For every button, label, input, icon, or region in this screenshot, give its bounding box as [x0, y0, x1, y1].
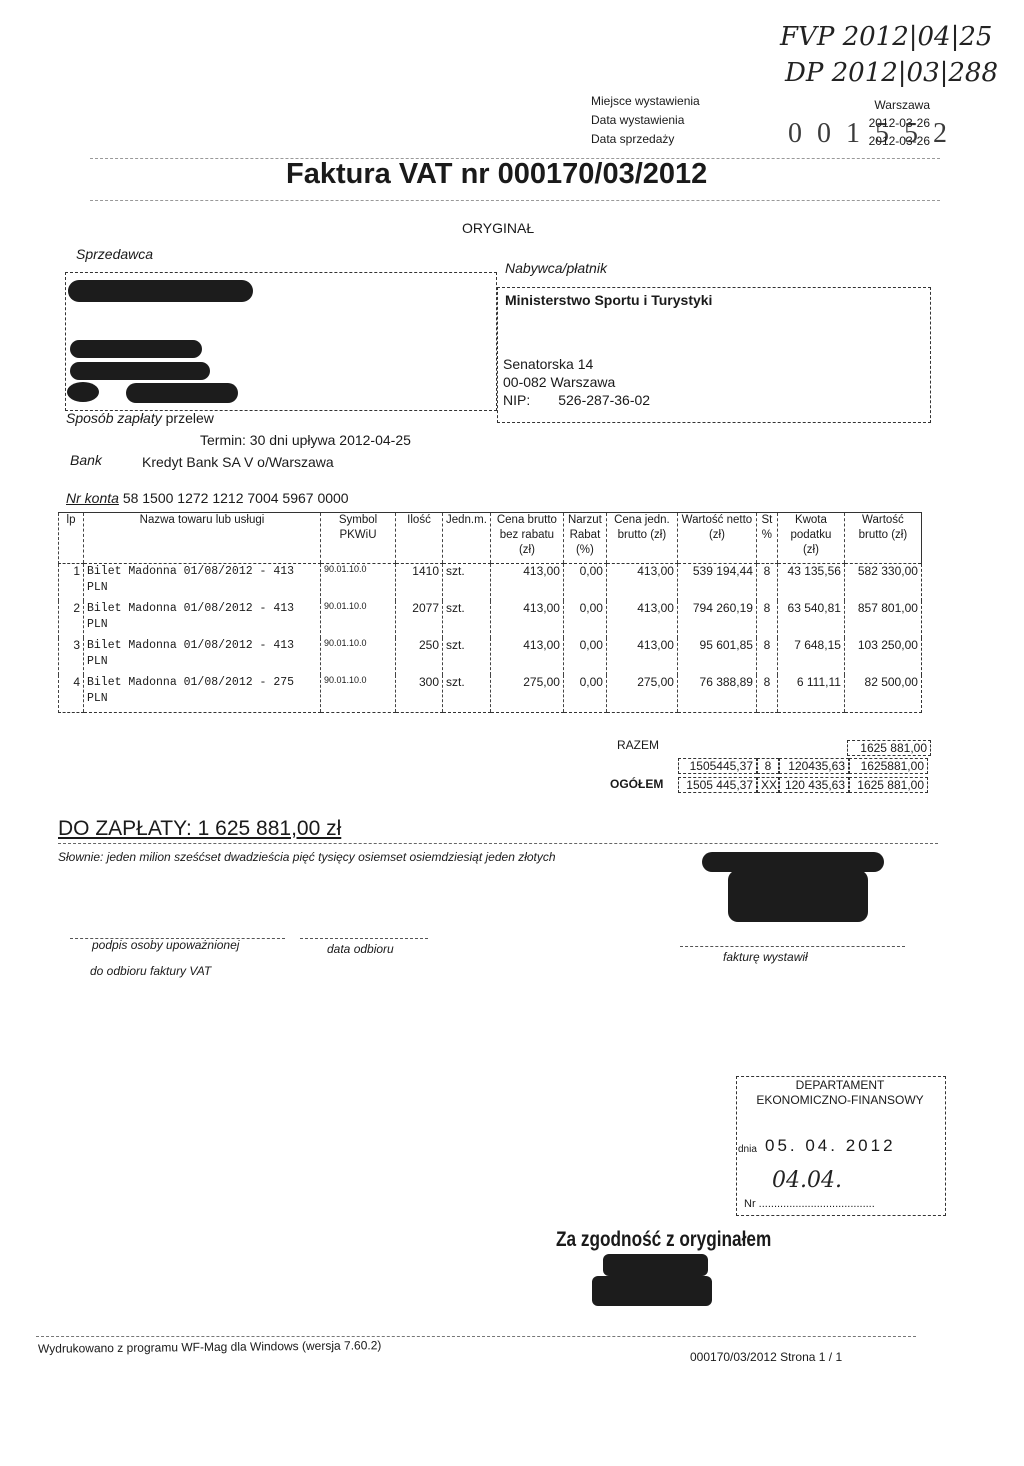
certification-stamp: Za zgodność z oryginałem — [556, 1228, 771, 1252]
certification-signature-redacted — [603, 1254, 708, 1276]
receipt-date-label: data odbioru — [327, 942, 394, 956]
stamp-date: 05. 04. 2012 — [765, 1136, 896, 1156]
payment-method-label: Sposób zapłaty — [66, 410, 162, 426]
rate-gross: 1625881,00 — [849, 758, 928, 774]
stamp-line2: EKONOMICZNO-FINANSOWY — [736, 1093, 944, 1108]
payment-method: przelew — [166, 410, 214, 426]
razem-label: RAZEM — [617, 738, 659, 752]
table-row: 4Bilet Madonna 01/08/2012 - 275 PLN90.01… — [59, 675, 922, 713]
bank-label: Bank — [70, 452, 102, 468]
table-row: 1Bilet Madonna 01/08/2012 - 413 PLN90.01… — [59, 564, 922, 602]
cell-lp: 2 — [59, 601, 84, 638]
col-vat: Kwota podatku (zł) — [777, 513, 844, 564]
footer-page-info: 000170/03/2012 Strona 1 / 1 — [690, 1350, 842, 1364]
footer-printed-by: Wydrukowano z programu WF-Mag dla Window… — [38, 1338, 381, 1356]
cell-price-gross-no-disc: 413,00 — [490, 638, 563, 675]
buyer-city: 00-082 Warszawa — [503, 373, 650, 391]
receiver-signature-label-2: do odbioru faktury VAT — [90, 964, 211, 978]
label-issue-date: Data wystawienia — [591, 111, 700, 130]
stamp-handwritten-date: 04.04. — [772, 1168, 842, 1193]
label-sale-date: Data sprzedaży — [591, 130, 700, 149]
amount-due: DO ZAPŁATY: 1 625 881,00 zł — [58, 817, 341, 841]
value-issue-date: 2012-03-26 — [860, 114, 930, 132]
account-row: Nr konta 58 1500 1272 1212 7004 5967 000… — [66, 490, 349, 506]
table-header-row: lp Nazwa towaru lub usługi Symbol PKWiU … — [59, 513, 922, 564]
cell-gross: 582 330,00 — [844, 564, 921, 602]
seller-nip-redacted — [126, 383, 238, 403]
cell-discount: 0,00 — [563, 638, 606, 675]
cell-price-gross-no-disc: 413,00 — [490, 601, 563, 638]
buyer-street: Senatorska 14 — [503, 355, 650, 373]
cell-vat: 43 135,56 — [777, 564, 844, 602]
cell-price-gross-no-disc: 275,00 — [490, 675, 563, 713]
cell-gross: 103 250,00 — [844, 638, 921, 675]
value-sale-date: 2012-03-26 — [860, 132, 930, 150]
issuer-signature-label: fakturę wystawił — [723, 950, 808, 964]
cell-vat-rate: 8 — [756, 638, 777, 675]
cell-lp: 1 — [59, 564, 84, 602]
buyer-address: Senatorska 14 00-082 Warszawa NIP:526-28… — [503, 355, 650, 409]
cell-unit: szt. — [443, 638, 491, 675]
cell-gross: 82 500,00 — [844, 675, 921, 713]
handwritten-fvp-note: FVP 2012|04|25 — [780, 22, 992, 52]
cell-lp: 3 — [59, 638, 84, 675]
cell-name: Bilet Madonna 01/08/2012 - 413 PLN — [84, 601, 321, 638]
header-labels: Miejsce wystawienia Data wystawienia Dat… — [591, 92, 700, 149]
cell-pkwiu: 90.01.10.0 — [321, 564, 396, 602]
issuer-signature-redacted-2 — [728, 870, 868, 922]
col-price-no-disc: Cena brutto bez rabatu (zł) — [490, 513, 563, 564]
stamp-header: DEPARTAMENT EKONOMICZNO-FINANSOWY — [736, 1078, 944, 1108]
payment-method-row: Sposób zapłaty przelew — [66, 410, 214, 426]
cell-name: Bilet Madonna 01/08/2012 - 413 PLN — [84, 564, 321, 602]
rate-summary-row: 1505445,37 8 120435,63 1625881,00 — [678, 758, 928, 774]
stamp-date-label: dnia — [738, 1144, 757, 1155]
cell-unit: szt. — [443, 564, 491, 602]
cell-pkwiu: 90.01.10.0 — [321, 675, 396, 713]
buyer-nip-label: NIP: — [503, 392, 530, 408]
rate-vat: 120435,63 — [779, 758, 849, 774]
payment-term: Termin: 30 dni upływa 2012-04-25 — [200, 432, 411, 448]
ogolem-gross: 1625 881,00 — [849, 777, 928, 793]
invoice-title: Faktura VAT nr 000170/03/2012 — [286, 158, 707, 191]
cell-unit: szt. — [443, 675, 491, 713]
cell-vat: 7 648,15 — [777, 638, 844, 675]
copy-type: ORYGINAŁ — [462, 220, 534, 236]
label-place: Miejsce wystawienia — [591, 92, 700, 111]
ogolem-rate: XX — [757, 777, 779, 793]
seller-name-redacted — [68, 280, 253, 302]
cell-unit-price-gross: 413,00 — [606, 564, 677, 602]
buyer-label: Nabywca/płatnik — [505, 260, 607, 276]
cell-qty: 300 — [396, 675, 443, 713]
amount-in-words: Słownie: jeden milion sześćset dwadzieśc… — [58, 850, 556, 864]
seller-label: Sprzedawca — [76, 246, 153, 262]
cell-discount: 0,00 — [563, 601, 606, 638]
cell-net: 76 388,89 — [677, 675, 756, 713]
col-unit: Jedn.m. — [443, 513, 491, 564]
cell-discount: 0,00 — [563, 675, 606, 713]
col-pkwiu: Symbol PKWiU — [321, 513, 396, 564]
seller-city-redacted — [70, 362, 210, 380]
cell-vat-rate: 8 — [756, 564, 777, 602]
col-name: Nazwa towaru lub usługi — [84, 513, 321, 564]
receiver-signature-label: podpis osoby upoważnionej — [92, 938, 239, 952]
value-place: Warszawa — [860, 96, 930, 114]
header-values: Warszawa 2012-03-26 2012-03-26 — [860, 96, 930, 150]
cell-qty: 1410 — [396, 564, 443, 602]
cell-price-gross-no-disc: 413,00 — [490, 564, 563, 602]
items-table: lp Nazwa towaru lub usługi Symbol PKWiU … — [58, 512, 922, 713]
rate-net: 1505445,37 — [678, 758, 757, 774]
cell-vat: 63 540,81 — [777, 601, 844, 638]
table-row: 3Bilet Madonna 01/08/2012 - 413 PLN90.01… — [59, 638, 922, 675]
buyer-nip-row: NIP:526-287-36-02 — [503, 391, 650, 409]
table-row: 2Bilet Madonna 01/08/2012 - 413 PLN90.01… — [59, 601, 922, 638]
stamp-line1: DEPARTAMENT — [736, 1078, 944, 1093]
issuer-signature-redacted — [702, 852, 884, 872]
cell-net: 95 601,85 — [677, 638, 756, 675]
col-net: Wartość netto (zł) — [677, 513, 756, 564]
col-unit-price: Cena jedn. brutto (zł) — [606, 513, 677, 564]
col-qty: Ilość — [396, 513, 443, 564]
account-number: 58 1500 1272 1212 7004 5967 0000 — [123, 490, 349, 506]
cell-pkwiu: 90.01.10.0 — [321, 638, 396, 675]
account-label: Nr konta — [66, 490, 119, 506]
ogolem-net: 1505 445,37 — [678, 777, 757, 793]
cell-net: 794 260,19 — [677, 601, 756, 638]
stamp-nr: Nr .....................................… — [744, 1198, 875, 1210]
col-gross: Wartość brutto (zł) — [844, 513, 921, 564]
cell-unit: szt. — [443, 601, 491, 638]
cell-qty: 2077 — [396, 601, 443, 638]
buyer-nip: 526-287-36-02 — [558, 392, 650, 408]
cell-unit-price-gross: 275,00 — [606, 675, 677, 713]
razem-gross: 1625 881,00 — [847, 740, 931, 756]
ogolem-label: OGÓŁEM — [610, 777, 663, 791]
cell-qty: 250 — [396, 638, 443, 675]
cell-discount: 0,00 — [563, 564, 606, 602]
cell-name: Bilet Madonna 01/08/2012 - 413 PLN — [84, 638, 321, 675]
cell-unit-price-gross: 413,00 — [606, 601, 677, 638]
col-vat-rate: St % — [756, 513, 777, 564]
seller-address-redacted — [70, 340, 202, 358]
cell-pkwiu: 90.01.10.0 — [321, 601, 396, 638]
ogolem-row: 1505 445,37 XX 120 435,63 1625 881,00 — [678, 777, 928, 793]
ogolem-vat: 120 435,63 — [779, 777, 849, 793]
handwritten-dp-note: DP 2012|03|288 — [785, 58, 998, 88]
certification-signature-redacted-2 — [592, 1276, 712, 1306]
cell-vat: 6 111,11 — [777, 675, 844, 713]
cell-unit-price-gross: 413,00 — [606, 638, 677, 675]
cell-vat-rate: 8 — [756, 601, 777, 638]
bank-name: Kredyt Bank SA V o/Warszawa — [142, 454, 334, 470]
seller-nip-label-redacted — [67, 382, 99, 402]
buyer-name: Ministerstwo Sportu i Turystyki — [505, 292, 712, 308]
col-discount: Narzut Rabat (%) — [563, 513, 606, 564]
cell-gross: 857 801,00 — [844, 601, 921, 638]
cell-vat-rate: 8 — [756, 675, 777, 713]
col-lp: lp — [59, 513, 84, 564]
cell-name: Bilet Madonna 01/08/2012 - 275 PLN — [84, 675, 321, 713]
cell-net: 539 194,44 — [677, 564, 756, 602]
cell-lp: 4 — [59, 675, 84, 713]
rate-rate: 8 — [757, 758, 779, 774]
